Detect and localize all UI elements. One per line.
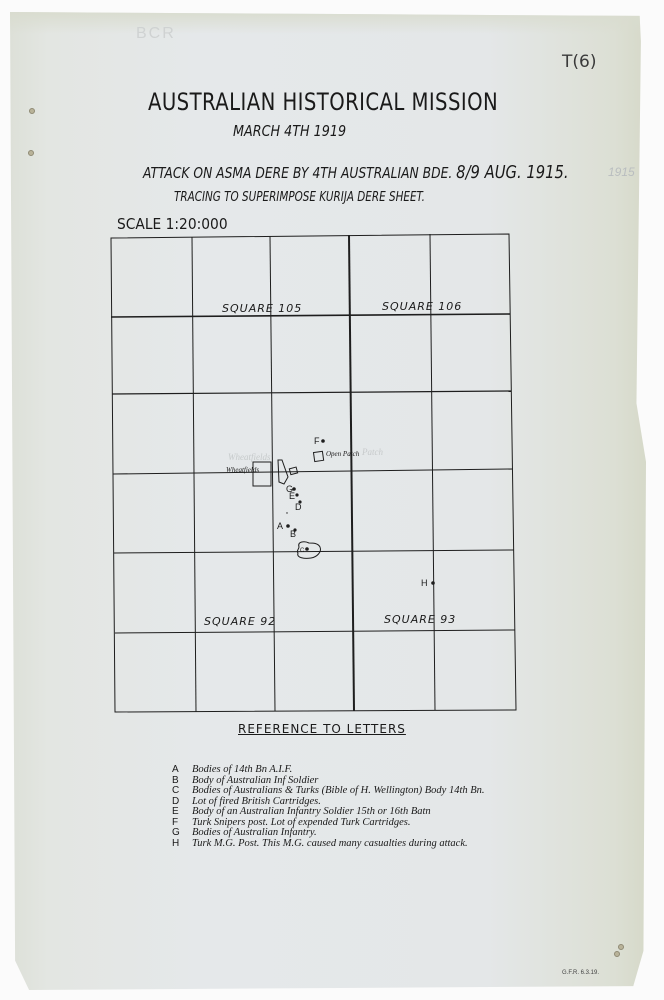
point-label: A (277, 521, 283, 531)
legend-letter: B (172, 775, 192, 786)
legend-item: B Body of Australian Inf Soldier (172, 775, 471, 786)
legend-text: Bodies of Australian Infantry. (192, 827, 317, 838)
legend-text: Body of Australian Inf Soldier (192, 775, 318, 786)
legend-letter: E (172, 806, 192, 817)
legend-letter: D (172, 796, 192, 807)
square-label: SQUARE 93 (384, 613, 456, 626)
legend-heading: REFERENCE TO LETTERS (238, 722, 406, 736)
legend-letter: H (172, 838, 192, 849)
point-label: F (314, 436, 320, 446)
faint-wheatfields-label: Wheatfields (228, 452, 271, 462)
point-label: C (300, 548, 305, 554)
legend-text: Lot of fired British Cartridges. (192, 796, 321, 807)
open-patch-feature (313, 451, 323, 461)
legend-item: G Bodies of Australian Infantry. (172, 827, 471, 838)
point-a-marker (286, 524, 290, 528)
wheatfields-feature (253, 460, 298, 486)
signature: G.F.R. 6.3.19. (562, 970, 599, 976)
legend-letter: A (172, 764, 192, 775)
map-points (286, 439, 435, 585)
legend-list: A Bodies of 14th Bn A.I.F. B Body of Aus… (172, 764, 471, 848)
point-f-marker (321, 439, 325, 443)
square-label: SQUARE 92 (204, 615, 276, 628)
legend-item: E Body of an Australian Infantry Soldier… (172, 806, 471, 817)
square-label: SQUARE 105 (222, 302, 302, 315)
wheatfields-label: Wheatfields (226, 466, 259, 474)
legend-item: F Turk Snipers post. Lot of expended Tur… (172, 817, 471, 828)
map-grid: SQUARE 105 SQUARE 106 SQUARE 92 SQUARE 9… (0, 0, 664, 1000)
legend-text: Turk Snipers post. Lot of expended Turk … (192, 817, 410, 828)
legend-text: Body of an Australian Infantry Soldier 1… (192, 806, 431, 817)
point-label: B (290, 529, 296, 539)
legend-item: C Bodies of Australians & Turks (Bible o… (172, 785, 471, 796)
legend-item: A Bodies of 14th Bn A.I.F. (172, 764, 471, 775)
legend-item: H Turk M.G. Post. This M.G. caused many … (172, 838, 471, 849)
point-c-marker (305, 547, 309, 551)
faint-patch-label: Patch (361, 447, 383, 457)
legend-letter: G (172, 827, 192, 838)
legend-text: Bodies of 14th Bn A.I.F. (192, 764, 292, 775)
point-label: H (421, 578, 428, 588)
point-h-marker (431, 581, 435, 585)
point-label: D (295, 502, 302, 512)
point-e-marker (295, 493, 298, 496)
point-label: E (289, 491, 295, 501)
square-label: SQUARE 106 (382, 300, 462, 313)
open-patch-label: Open Patch (326, 450, 360, 458)
legend-text: Bodies of Australians & Turks (Bible of … (192, 785, 485, 796)
legend-text: Turk M.G. Post. This M.G. caused many ca… (192, 838, 468, 849)
legend-item: D Lot of fired British Cartridges. (172, 796, 471, 807)
legend-letter: F (172, 817, 192, 828)
legend-letter: C (172, 785, 192, 796)
